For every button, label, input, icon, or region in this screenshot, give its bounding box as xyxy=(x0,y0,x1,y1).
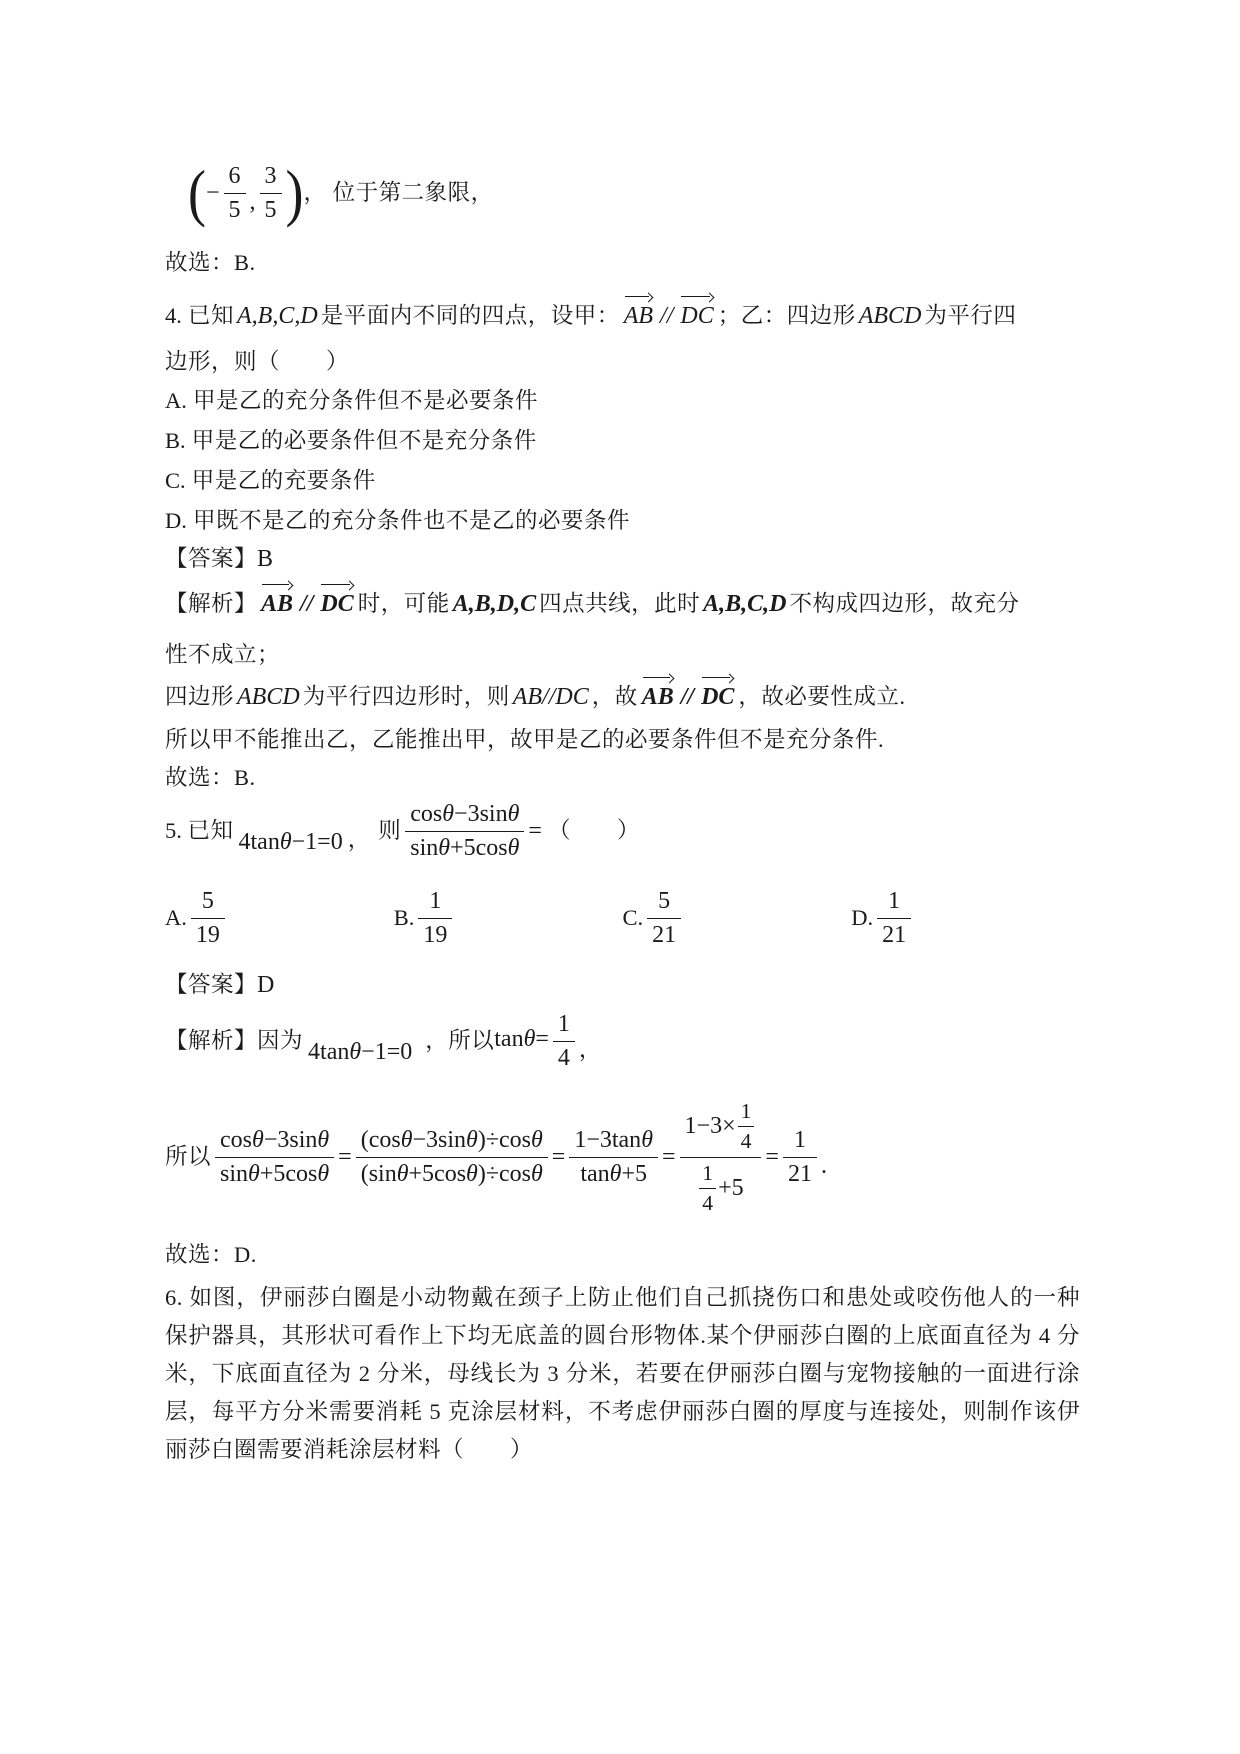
analysis-label: 【解析】 xyxy=(165,1026,257,1055)
q5-answer-line: 【答案】D xyxy=(165,970,1080,1001)
q6-stem-line2: 保护器具，其形状可看作上下均无底盖的圆台形物体.某个伊丽莎白圈的上底面直径为 4… xyxy=(165,1321,1080,1350)
parallel-sign: // xyxy=(660,303,673,329)
q6-stem-line5: 丽莎白圈需要消耗涂层材料（ ） xyxy=(165,1435,1080,1464)
equals-sign: = xyxy=(765,1144,779,1171)
fraction: 119 xyxy=(418,887,452,950)
q5-equation-chain: 所以 cosθ−3sinθsinθ+5cosθ = (cosθ−3sinθ)÷c… xyxy=(165,1100,1080,1214)
q3-tail-text: ， 位于第二象限， xyxy=(304,178,494,207)
comma: ， xyxy=(348,825,371,854)
q6-stem-line3: 米，下底面直径为 2 分米，母线长为 3 分米，若要在伊丽莎白圈与宠物接触的一面… xyxy=(165,1359,1080,1388)
fraction: 521 xyxy=(647,887,681,950)
q4-stem-text: ；乙：四边形 xyxy=(718,303,856,328)
period: . xyxy=(821,1153,827,1180)
analysis-text: 因为 xyxy=(257,1026,303,1055)
fraction-5: 121 xyxy=(783,1126,817,1189)
fraction-numerator: 1−3×14 xyxy=(680,1098,762,1158)
math-letters: ABCD xyxy=(859,303,922,329)
q6-stem-line1: 6. 如图，伊丽莎白圈是小动物戴在颈子上防止他们自己抓挠伤口和患处或咬伤他人的一… xyxy=(165,1283,1080,1312)
option-label: C. xyxy=(165,468,186,493)
answer-label: 【答案】 xyxy=(165,972,257,997)
fraction-1: cosθ−3sinθsinθ+5cosθ xyxy=(215,1126,334,1189)
option-label: D. xyxy=(165,508,187,533)
q5-options: A.519 B.119 C.521 D.121 xyxy=(165,888,1080,948)
vector-dc: DC xyxy=(320,586,353,620)
q4-option-b: B. 甲是乙的必要条件但不是充分条件 xyxy=(165,426,1080,455)
fraction-denominator: sinθ+5cosθ xyxy=(405,832,524,863)
equals-sign: = xyxy=(528,818,542,845)
answer-label: 【答案】 xyxy=(165,546,257,571)
fraction: 519 xyxy=(191,887,225,950)
nested-fraction: 14 xyxy=(738,1099,755,1154)
q5-option-a: A.519 xyxy=(165,888,394,948)
equation-lead: 所以 xyxy=(165,1142,211,1171)
equals-sign: = xyxy=(552,1144,566,1171)
q4-answer-line: 【答案】B xyxy=(165,544,1080,575)
analysis-text: 时，可能 xyxy=(358,591,450,616)
vector-ab: AB xyxy=(261,586,293,620)
answer-blank: （ ） xyxy=(548,816,640,845)
close-paren: ) xyxy=(286,161,304,225)
q5-option-b: B.119 xyxy=(394,888,623,948)
equals-sign: = xyxy=(338,1144,352,1171)
option-label: B. xyxy=(165,428,186,453)
analysis-text: 四点共线，此时 xyxy=(539,591,700,616)
open-paren: ( xyxy=(188,161,206,225)
fraction-numerator: 6 xyxy=(224,162,246,194)
minus-sign: − xyxy=(206,180,220,207)
vector-arrow-icon xyxy=(262,580,292,589)
q5-analysis-line1: 【解析】 因为 4tanθ−1=0 ，所以 tanθ= 14 ， xyxy=(165,1012,1080,1070)
fraction: 14 xyxy=(553,1010,575,1073)
q4-option-d: D. 甲既不是乙的充分条件也不是乙的必要条件 xyxy=(165,506,1080,535)
option-label: A. xyxy=(165,388,187,413)
q5-option-d: D.121 xyxy=(851,888,1080,948)
q4-stem-text: 为平行四 xyxy=(924,303,1016,328)
q5-stem-text: 则 xyxy=(378,816,401,845)
vector-arrow-icon xyxy=(643,673,673,682)
option-label: C. xyxy=(623,905,644,931)
tan-expression: tanθ= xyxy=(494,1026,549,1053)
fraction-denominator: 5 xyxy=(224,194,246,225)
vector-arrow-icon xyxy=(702,673,733,682)
q6-stem-line4: 层，每平方分米需要消耗 5 克涂层材料，不考虑伊丽莎白圈的厚度与连接处，则制作该… xyxy=(165,1397,1080,1426)
fraction-x: 65 xyxy=(224,162,246,225)
option-label: D. xyxy=(851,905,873,931)
option-label: B. xyxy=(394,905,415,931)
q4-analysis-line4: 所以甲不能推出乙，乙能推出甲，故甲是乙的必要条件但不是充分条件. xyxy=(165,725,1080,754)
q4-stem-line1: 4. 已知A,B,C,D是平面内不同的四点，设甲：AB//DC；乙：四边形ABC… xyxy=(165,298,1080,332)
analysis-text: 四边形 xyxy=(165,684,234,709)
given-equation: 4tanθ−1=0 xyxy=(308,1039,412,1066)
q5-number: 5. xyxy=(165,816,182,845)
vector-arrow-icon xyxy=(321,580,352,589)
q5-stem: 5. 已知 4tanθ−1=0 ， 则 cosθ−3sinθsinθ+5cosθ… xyxy=(165,799,1080,863)
option-text: 甲既不是乙的充分条件也不是乙的必要条件 xyxy=(193,508,630,533)
q4-analysis-line3: 四边形ABCD为平行四边形时，则AB//DC，故AB//DC，故必要性成立. xyxy=(165,679,1080,713)
parallel-sign: // xyxy=(681,684,694,710)
vector-arrow-icon xyxy=(625,292,652,301)
q4-choose: 故选：B. xyxy=(165,763,1080,792)
math-letters: A,B,D,C xyxy=(453,591,536,617)
given-equation: 4tanθ−1=0 xyxy=(239,829,343,856)
q4-stem-line2: 边形，则（ ） xyxy=(165,347,1080,376)
document-page: ( − 65 , 35 ) ， 位于第二象限， 故选：B. 4. 已知A,B,C… xyxy=(0,0,1240,1754)
analysis-text: ，故 xyxy=(592,684,638,709)
answer-value: D xyxy=(257,972,274,998)
q5-stem-text: 已知 xyxy=(188,816,234,845)
analysis-text: 不构成四边形，故充分 xyxy=(789,591,1019,616)
q5-choose: 故选：D. xyxy=(165,1240,1080,1269)
fraction-denominator: 5 xyxy=(260,194,282,225)
nested-fraction: 14 xyxy=(699,1161,716,1216)
option-text: 甲是乙的充分条件但不是必要条件 xyxy=(193,388,538,413)
vector-ab: AB xyxy=(642,679,674,713)
equals-sign: = xyxy=(662,1144,676,1171)
q4-option-a: A. 甲是乙的充分条件但不是必要条件 xyxy=(165,386,1080,415)
q5-option-c: C.521 xyxy=(623,888,852,948)
q4-number: 4. xyxy=(165,303,182,328)
vector-dc: DC xyxy=(680,298,713,332)
analysis-text: ，故必要性成立. xyxy=(738,684,905,709)
q3-result-formula: ( − 65 , 35 ) ， 位于第二象限， xyxy=(188,158,1103,228)
option-text: 甲是乙的必要条件但不是充分条件 xyxy=(192,428,537,453)
fraction-numerator: cosθ−3sinθ xyxy=(405,800,524,832)
analysis-text: 为平行四边形时，则 xyxy=(303,684,510,709)
analysis-label: 【解析】 xyxy=(165,591,257,616)
vector-ab: AB xyxy=(624,298,653,332)
comma: , xyxy=(250,189,256,216)
q4-stem-text: 已知 xyxy=(188,303,234,328)
option-text: 甲是乙的充要条件 xyxy=(192,468,376,493)
option-label: A. xyxy=(165,905,187,931)
math-letters: A,B,C,D xyxy=(703,591,786,617)
parallel-sign: // xyxy=(300,591,313,617)
vector-arrow-icon xyxy=(681,292,712,301)
fraction-denominator: 14+5 xyxy=(680,1158,762,1217)
fraction-y: 35 xyxy=(260,162,282,225)
q3-choose: 故选：B. xyxy=(165,248,1080,277)
math-letters: A,B,C,D xyxy=(237,303,318,329)
math-letters: ABCD xyxy=(237,684,300,710)
fraction-2: (cosθ−3sinθ)÷cosθ(sinθ+5cosθ)÷cosθ xyxy=(356,1126,548,1189)
q4-analysis-line1: 【解析】AB//DC时，可能A,B,D,C四点共线，此时A,B,C,D不构成四边… xyxy=(165,586,1080,620)
comma: ， xyxy=(579,1035,602,1064)
vector-dc: DC xyxy=(701,679,734,713)
analysis-text: ，所以 xyxy=(425,1026,494,1055)
q4-analysis-line2: 性不成立； xyxy=(165,640,1080,669)
fraction-numerator: 3 xyxy=(260,162,282,194)
fraction-4: 1−3×14 14+5 xyxy=(680,1098,762,1217)
q4-stem-text: 是平面内不同的四点，设甲： xyxy=(321,303,620,328)
fraction: 121 xyxy=(877,887,911,950)
fraction: cosθ−3sinθsinθ+5cosθ xyxy=(405,800,524,863)
q4-option-c: C. 甲是乙的充要条件 xyxy=(165,466,1080,495)
math-letters: AB//DC xyxy=(513,684,589,710)
answer-value: B xyxy=(257,546,273,572)
fraction-3: 1−3tanθtanθ+5 xyxy=(569,1126,658,1189)
